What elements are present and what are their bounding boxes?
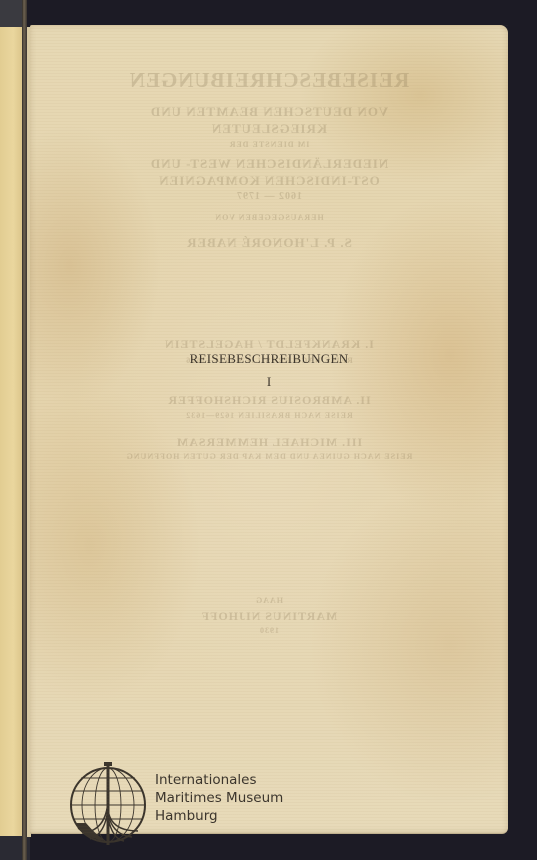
show-through-line: REISE NACH GUINEA UND DEM KAP DER GUTEN … — [30, 452, 508, 461]
show-through-line: OST-INDISCHEN KOMPAGNIEN — [30, 173, 508, 189]
show-through-line: II. AMBROSIUS RICHSHOFFER — [30, 393, 508, 408]
volume-number: I — [30, 374, 508, 390]
scan-viewport: REISEBESCHREIBUNGENVON DEUTSCHEN BEAMTEN… — [0, 0, 537, 860]
page-title: REISEBESCHREIBUNGEN — [30, 351, 508, 367]
show-through-line: HAAG — [30, 596, 508, 605]
adjacent-page-edge — [0, 27, 22, 836]
museum-watermark: Internationales Maritimes Museum Hamburg — [68, 761, 328, 847]
show-through-line: VON DEUTSCHEN BEAMTEN UND — [30, 104, 508, 120]
show-through-line: REISE NACH BRASILIEN 1629—1632 — [30, 411, 508, 420]
museum-name-line1: Internationales — [155, 771, 283, 789]
show-through-line: IM DIENSTE DER — [30, 140, 508, 149]
globe-ship-icon — [68, 761, 148, 847]
show-through-line: 1930 — [30, 626, 508, 635]
book-page: REISEBESCHREIBUNGENVON DEUTSCHEN BEAMTEN… — [30, 25, 508, 833]
museum-name-line2: Maritimes Museum — [155, 789, 283, 807]
show-through-line: I. KRANKFELDT / HAGELSTEIN — [30, 337, 508, 352]
show-through-line: MARTINUS NIJHOFF — [30, 609, 508, 624]
show-through-line: S. P. L'HONORÉ NABER — [30, 235, 508, 251]
museum-name: Internationales Maritimes Museum Hamburg — [155, 771, 283, 825]
museum-name-line3: Hamburg — [155, 807, 283, 825]
show-through-line: III. MICHAEL HEMMERSAM — [30, 435, 508, 450]
show-through-line: HERAUSGEGEBEN VON — [30, 213, 508, 222]
binding-top — [0, 0, 22, 27]
show-through-line: 1602 — 1797 — [30, 191, 508, 202]
show-through-line: REISEBESCHREIBUNGEN — [30, 68, 508, 93]
show-through-line: KRIEGSLEUTEN — [30, 121, 508, 137]
show-through-line: NIEDERLÄNDISCHEN WEST- UND — [30, 156, 508, 172]
